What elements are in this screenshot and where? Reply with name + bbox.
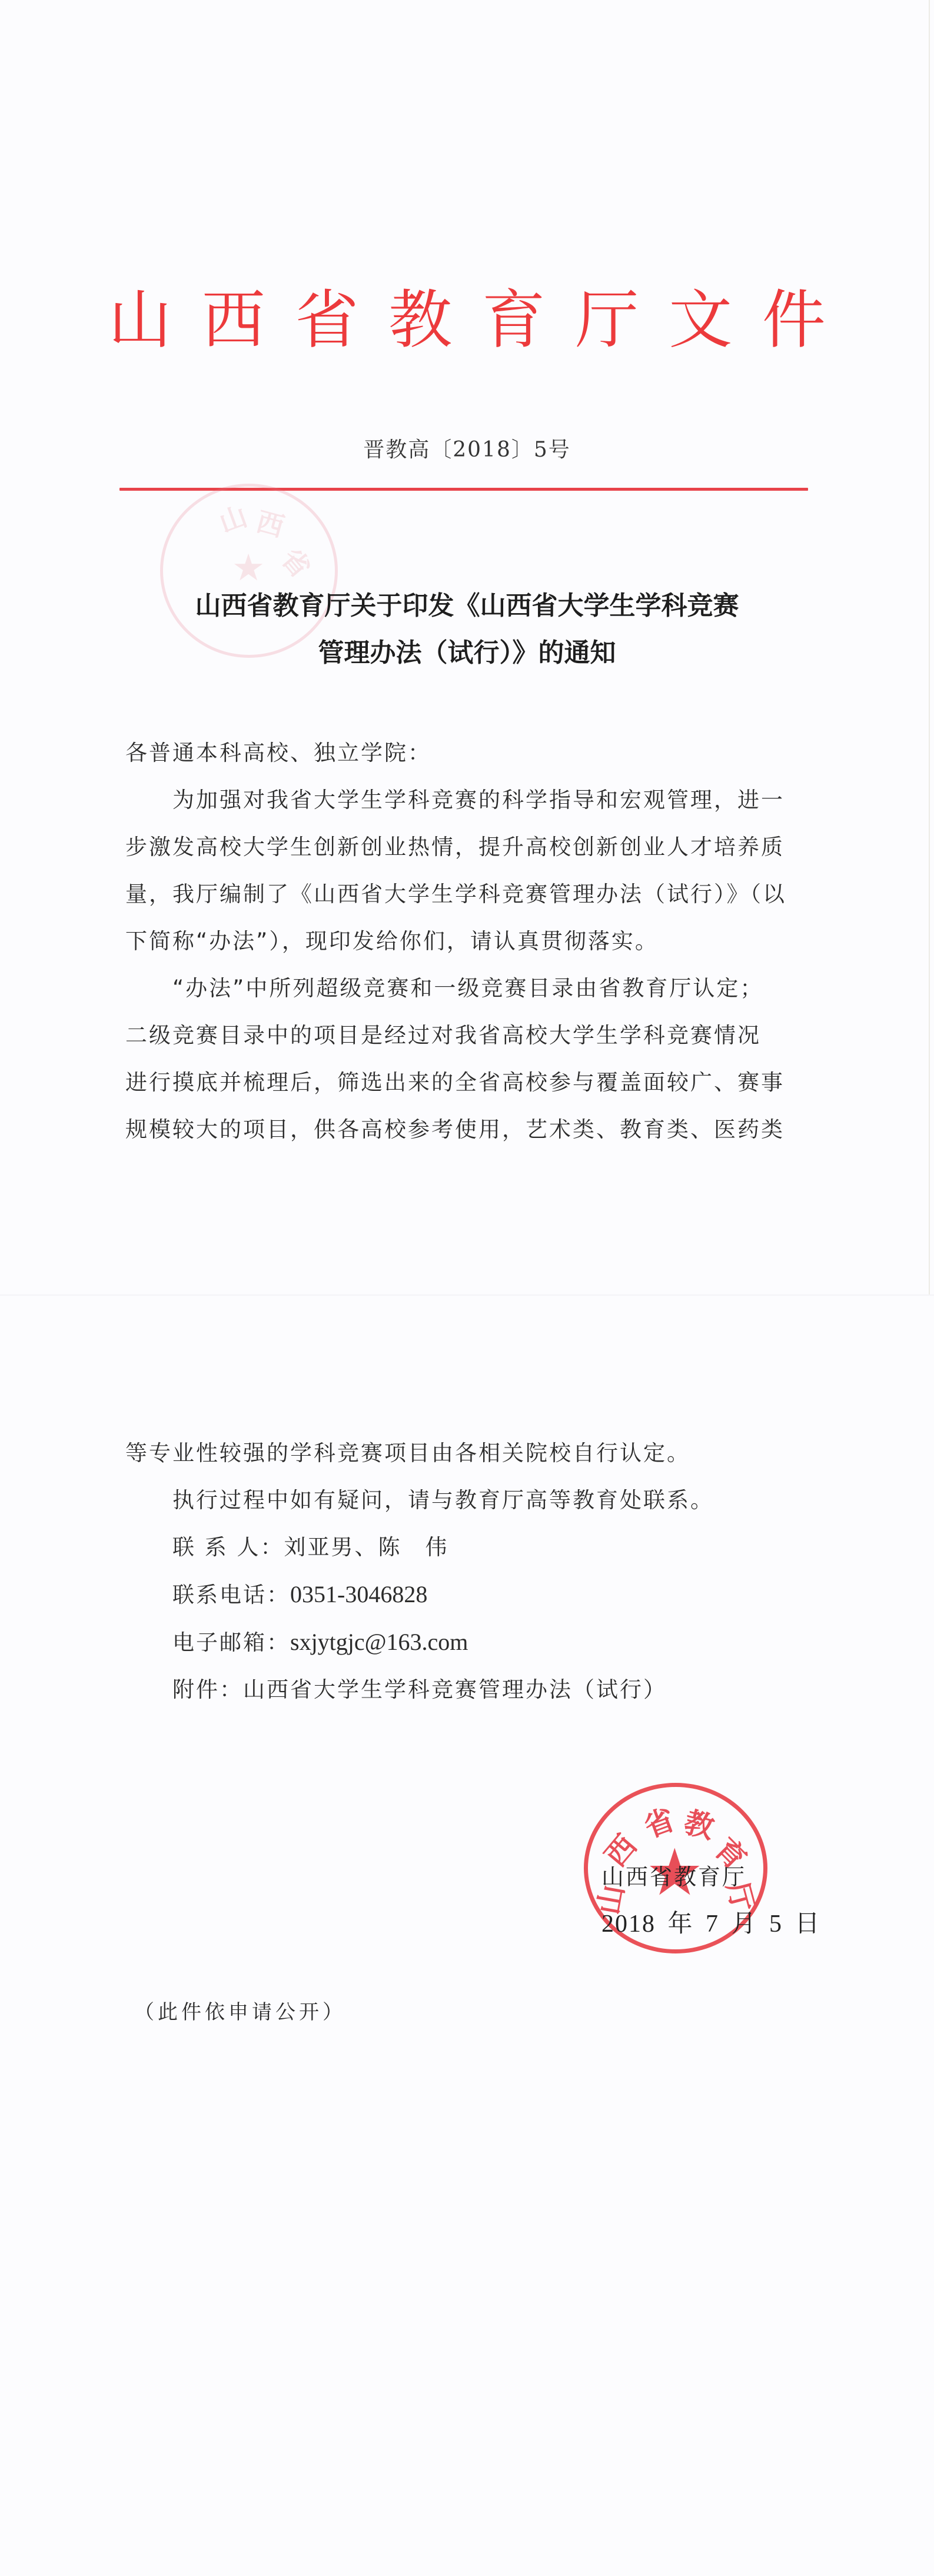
- paragraph-1-line: 量，我厅编制了《山西省大学生学科竞赛管理办法（试行）》（以: [125, 871, 832, 918]
- contact-person-row: 联 系 人：刘亚男、陈 伟: [172, 1524, 667, 1571]
- document-header-title: 山 西 省 教 育 厅 文 件: [106, 282, 828, 359]
- paragraph-1-line: 下简称“办法”），现印发给你们，请认真贯彻落实。: [125, 918, 832, 965]
- paragraph-2-continuation: 等专业性较强的学科竞赛项目由各相关院校自行认定。: [125, 1430, 832, 1477]
- contact-person-value: 刘亚男、陈 伟: [284, 1535, 449, 1560]
- paragraph-2-line: “办法”中所列超级竞赛和一级竞赛目录由省教育厅认定；: [125, 965, 832, 1012]
- notice-title-line-2: 管理办法（试行）》的通知: [0, 630, 934, 677]
- attachment-label: 附件：: [172, 1677, 243, 1702]
- contact-email-row: 电子邮箱：sxjytgjc@163.com: [172, 1619, 667, 1666]
- issuer-name: 山西省教育厅: [601, 1853, 821, 1901]
- faint-star-icon: ★: [234, 548, 263, 587]
- issue-date: 2018 年 7 月 5 日: [601, 1901, 821, 1948]
- signature-block: 山西省教育厅 2018 年 7 月 5 日: [601, 1853, 821, 1948]
- paragraph-3: 执行过程中如有疑问，请与教育厅高等教育处联系。: [125, 1477, 832, 1524]
- faint-seal-char: 山: [213, 495, 252, 541]
- header-char: 厅: [573, 282, 641, 359]
- header-char: 件: [760, 282, 828, 359]
- header-char: 山: [106, 282, 174, 359]
- contact-phone-row: 联系电话：0351-3046828: [172, 1571, 667, 1619]
- notice-title-line-1: 山西省教育厅关于印发《山西省大学生学科竞赛: [0, 583, 934, 630]
- paragraph-2-line: 进行摸底并梳理后，筛选出来的全省高校参与覆盖面较广、赛事: [125, 1059, 832, 1106]
- faint-seal-char: 省: [274, 539, 321, 585]
- paragraph-2-line: 二级竞赛目录中的项目是经过对我省高校大学生学科竞赛情况: [125, 1012, 832, 1059]
- paragraph-1-line: 步激发高校大学生创新创业热情，提升高校创新创业人才培养质: [125, 824, 832, 871]
- paragraph-1-line: 为加强对我省大学生学科竞赛的科学指导和宏观管理，进一: [125, 777, 832, 824]
- notice-title: 山西省教育厅关于印发《山西省大学生学科竞赛 管理办法（试行）》的通知: [0, 583, 934, 677]
- contact-email-value: sxjytgjc@163.com: [290, 1629, 468, 1655]
- contact-phone-label: 联系电话：: [172, 1582, 290, 1607]
- page-break: [0, 1294, 934, 1296]
- header-char: 西: [200, 282, 268, 359]
- contact-email-label: 电子邮箱：: [172, 1630, 290, 1655]
- header-char: 文: [666, 282, 734, 359]
- header-char: 省: [293, 282, 361, 359]
- contact-phone-value: 0351-3046828: [290, 1581, 427, 1607]
- addressee: 各普通本科高校、独立学院：: [125, 730, 832, 777]
- body-page-1: 各普通本科高校、独立学院： 为加强对我省大学生学科竞赛的科学指导和宏观管理，进一…: [125, 730, 832, 1153]
- document-number: 晋教高〔2018〕5号: [0, 435, 934, 465]
- contact-info: 联 系 人：刘亚男、陈 伟 联系电话：0351-3046828 电子邮箱：sxj…: [172, 1524, 667, 1713]
- faint-seal-char: 西: [252, 500, 289, 545]
- attachment-value: 山西省大学生学科竞赛管理办法（试行）: [243, 1677, 667, 1702]
- paragraph-2-line: 规模较大的项目，供各高校参考使用，艺术类、教育类、医药类: [125, 1106, 832, 1153]
- disclosure-note: （此件依申请公开）: [134, 1998, 346, 2027]
- body-page-2: 等专业性较强的学科竞赛项目由各相关院校自行认定。 执行过程中如有疑问，请与教育厅…: [125, 1430, 832, 1524]
- attachment-row: 附件：山西省大学生学科竞赛管理办法（试行）: [172, 1666, 667, 1713]
- header-char: 育: [480, 282, 548, 359]
- contact-person-label: 联 系 人：: [172, 1535, 284, 1560]
- header-char: 教: [386, 282, 454, 359]
